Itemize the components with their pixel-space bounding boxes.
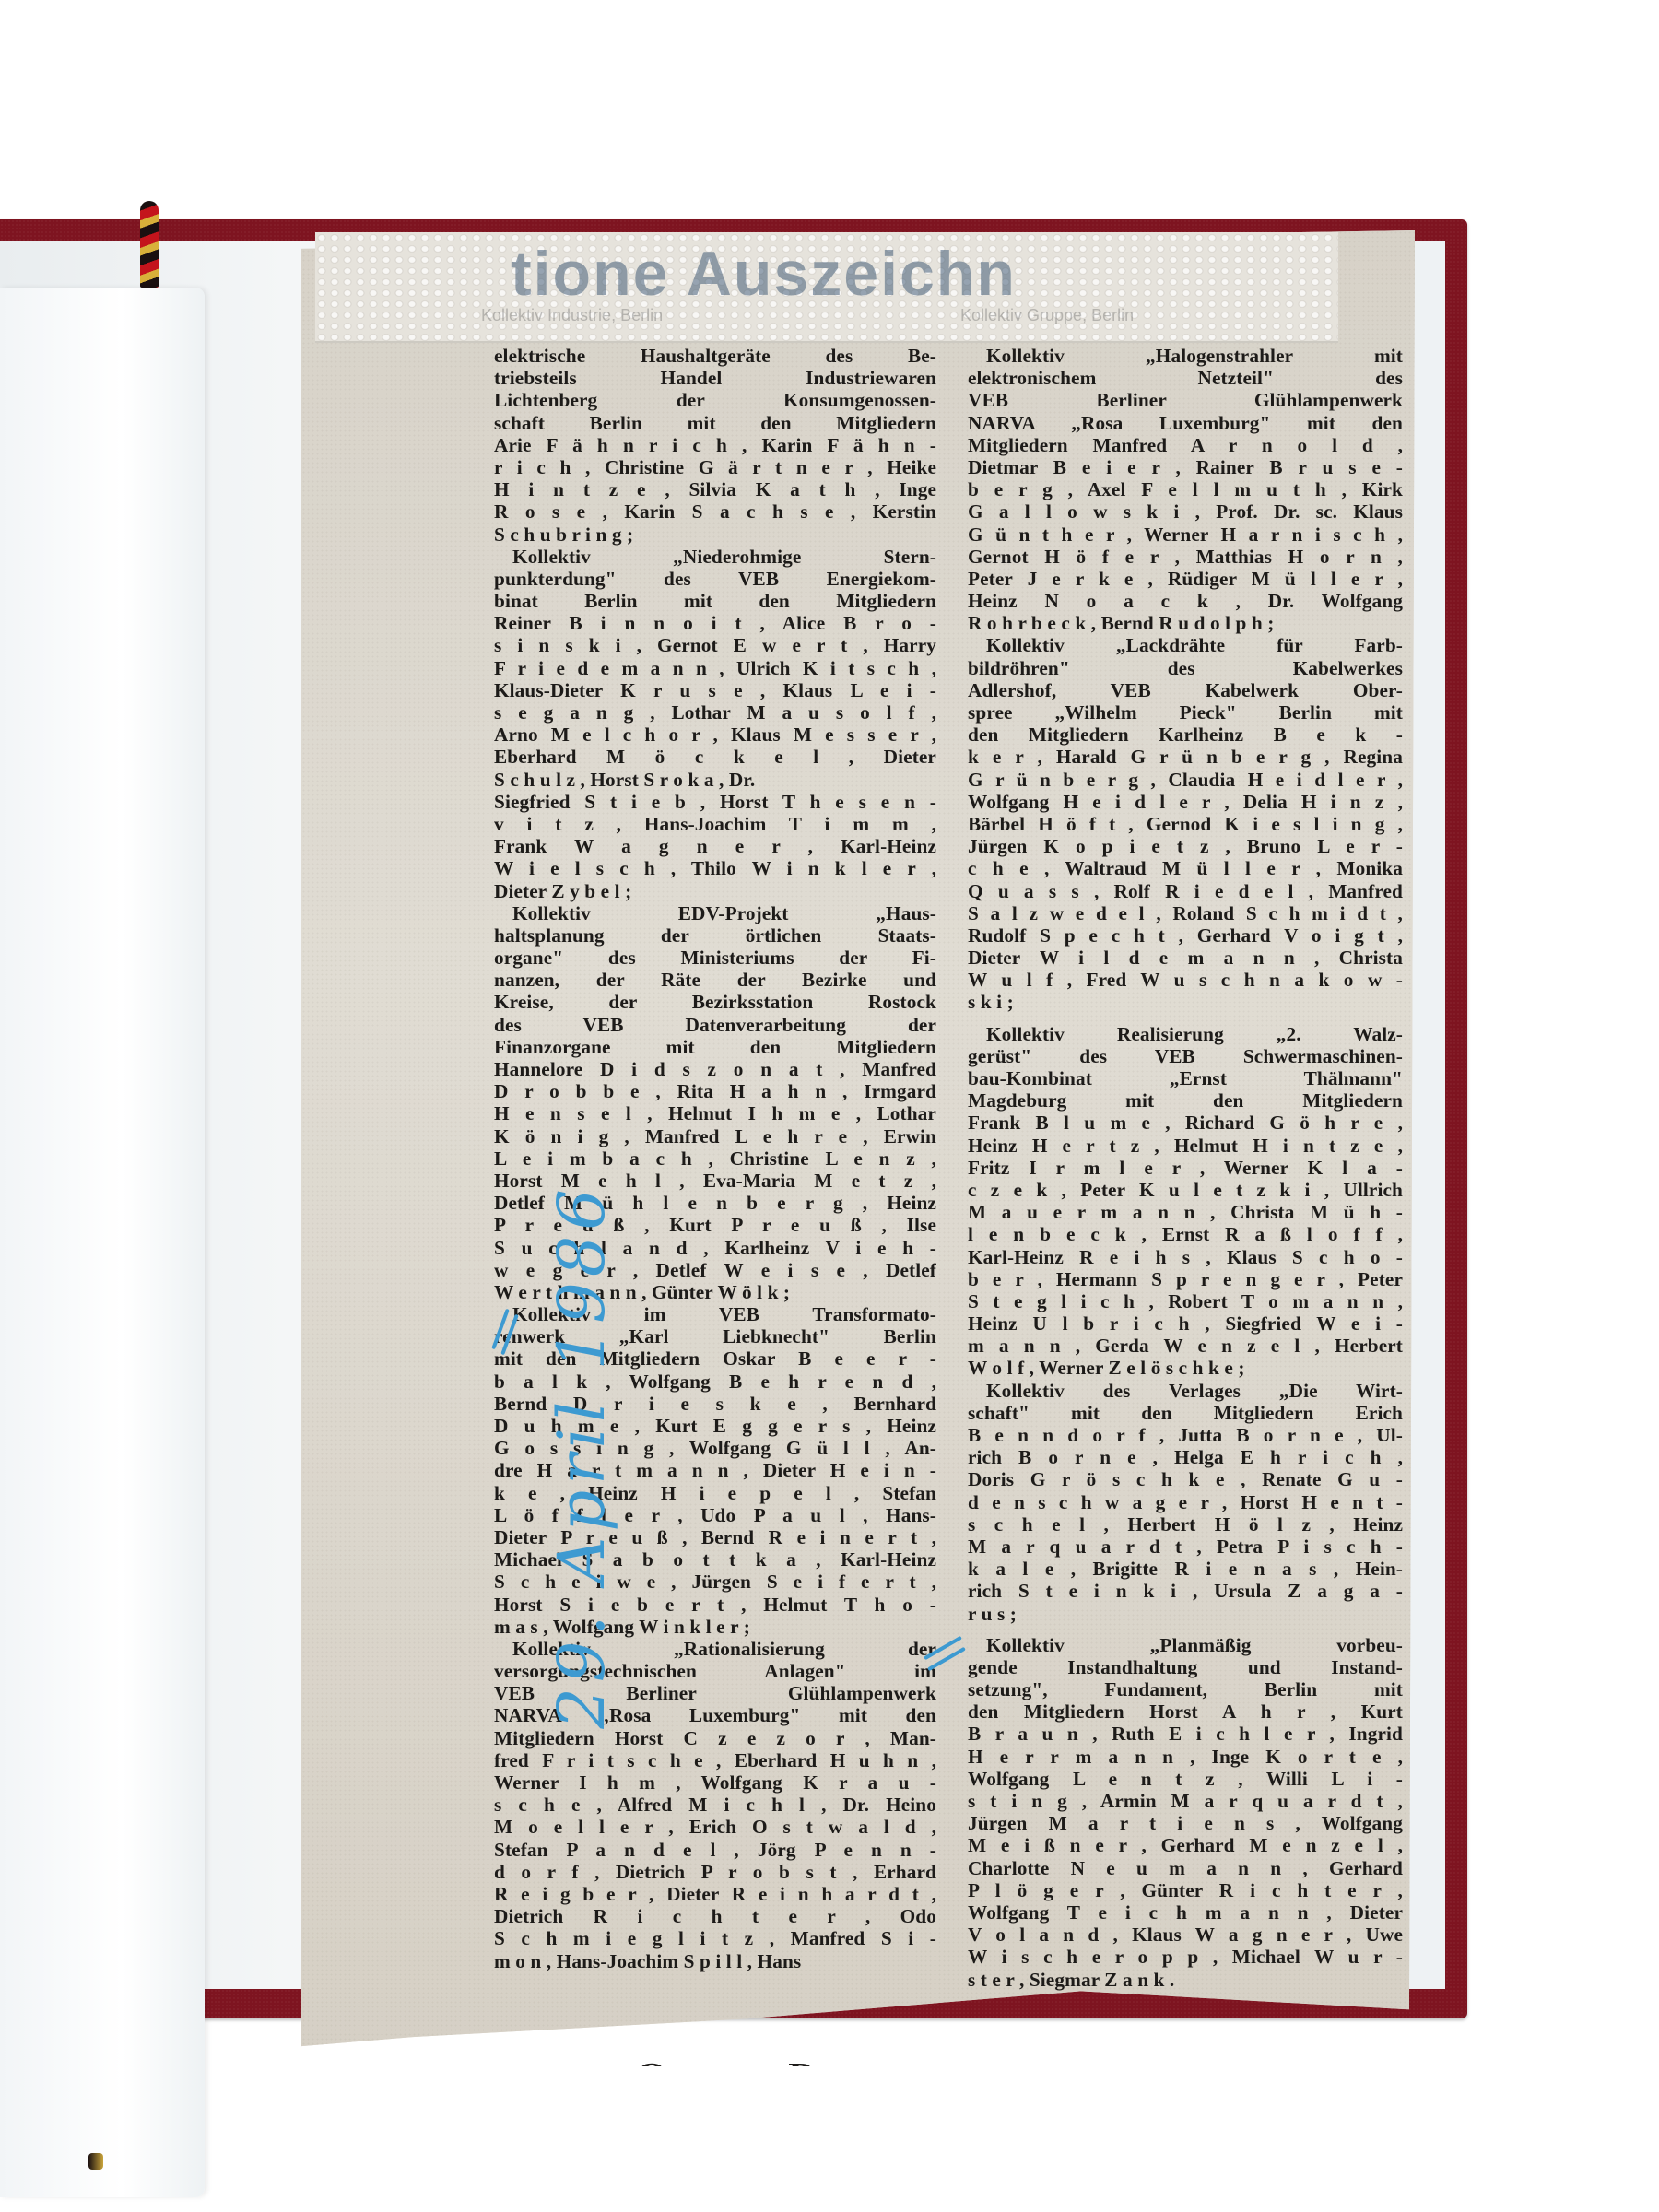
article-line: gende Instandhaltung und Instand- <box>968 1656 1403 1678</box>
ribbon-end <box>88 2153 103 2170</box>
article-line: setzung", Fundament, Berlin mit <box>968 1678 1403 1700</box>
folder-flap[interactable] <box>0 288 205 2197</box>
article-line: c h e , Waltraud M ü l l e r , Monika <box>968 857 1403 879</box>
article-line: S c h u b r i n g ; <box>494 524 936 546</box>
article-line: Dietmar B e i e r , Rainer B r u s e - <box>968 456 1403 478</box>
article-line: Jürgen K o p i e t z , Bruno L e r - <box>968 835 1403 857</box>
article-line: v i t z , Hans-Joachim T i m m , <box>494 813 936 835</box>
article-line: H e n s e l , Helmut I h m e , Lothar <box>494 1102 936 1124</box>
article-line: organe" des Ministeriums der Fi- <box>494 947 936 969</box>
article-line: Kreise, der Bezirksstation Rostock <box>494 991 936 1013</box>
article-line: Heinz H e r t z , Helmut H i n t z e , <box>968 1135 1403 1157</box>
article-line: Wolfgang L e n t z , Willi L i - <box>968 1768 1403 1790</box>
article-line: Heinz N o a c k , Dr. Wolfgang <box>968 590 1403 612</box>
article-line: S a l z w e d e l , Roland S c h m i d t… <box>968 902 1403 924</box>
article-line: Werner I h m , Wolfgang K r a u - <box>494 1771 936 1794</box>
article-line: den Mitgliedern Karlheinz B e k - <box>968 724 1403 746</box>
article-line: Charlotte N e u m a n n , Gerhard <box>968 1857 1403 1879</box>
article-line: Lichtenberg der Konsumgenossen- <box>494 389 936 411</box>
article-line: m o n , Hans-Joachim S p i l l , Hans <box>494 1950 936 1972</box>
article-line: H i n t z e , Silvia K a t h , Inge <box>494 478 936 500</box>
article-line: m a n n , Gerda W e n z e l , Herbert <box>968 1335 1403 1357</box>
article-line: Wolfgang H e i d l e r , Delia H i n z , <box>968 791 1403 813</box>
article-line: des VEB Datenverarbeitung der <box>494 1014 936 1036</box>
article-line: Wolfgang T e i c h m a n n , Dieter <box>968 1901 1403 1924</box>
article-line: Dietrich R i c h t e r , Odo <box>494 1905 936 1927</box>
adhesive-tape: tione Auszeichn Kollektiv Industrie, Ber… <box>315 232 1338 343</box>
article-line: G ü n t h e r , Werner H a r n i s c h , <box>968 524 1403 546</box>
article-line: Kollektiv „Planmäßig vorbeu- <box>968 1634 1403 1656</box>
article-line: M a r q u a r d t , Petra P i s c h - <box>968 1535 1403 1558</box>
article-line: M a u e r m a n n , Christa M ü h - <box>968 1201 1403 1223</box>
article-line: Kollektiv „Niederohmige Stern- <box>494 546 936 568</box>
article-line: Eberhard M ö c k e l , Dieter <box>494 746 936 768</box>
article-line: Kollektiv EDV-Projekt „Haus- <box>494 902 936 924</box>
article-line: haltsplanung der örtlichen Staats- <box>494 924 936 947</box>
article-line: S c h m i e g l i t z , Manfred S i - <box>494 1927 936 1949</box>
article-line: Rudolf S p e c h t , Gerhard V o i g t , <box>968 924 1403 947</box>
article-line: Dieter Z y b e l ; <box>494 880 936 902</box>
article-line: rich B o r n e , Helga E h r i c h , <box>968 1446 1403 1468</box>
article-line: Arie F ä h n r i c h , Karin F ä h n - <box>494 434 936 456</box>
headline-fragment: tione Auszeichn <box>511 238 1017 310</box>
article-line: Q u a s s , Rolf R i e d e l , Manfred <box>968 880 1403 902</box>
article-line: W i s c h e r o p p , Michael W u r - <box>968 1946 1403 1968</box>
article-line: Kollektiv „Lackdrähte für Farb- <box>968 634 1403 656</box>
article-line: schaft" mit den Mitgliedern Erich <box>968 1402 1403 1424</box>
article-line: Kollektiv „Halogenstrahler mit <box>968 345 1403 367</box>
handwritten-date: 29. April 1986 <box>544 1180 636 1733</box>
article-line: den Mitgliedern Horst A h r , Kurt <box>968 1700 1403 1723</box>
paragraph-gap <box>968 1014 1403 1023</box>
article-line: s t e r , Siegmar Z a n k . <box>968 1969 1403 1991</box>
article-line: Bärbel H ö f t , Gernod K i e s l i n g … <box>968 813 1403 835</box>
article-line: s t i n g , Armin M a r q u a r d t , <box>968 1790 1403 1812</box>
article-line: c z e k , Peter K u l e t z k i , Ullric… <box>968 1179 1403 1201</box>
article-line: VEB Berliner Glühlampenwerk <box>968 389 1403 411</box>
article-line: D r o b b e , Rita H a h n , Irmgard <box>494 1080 936 1102</box>
article-line: Reiner B i n n o i t , Alice B r o - <box>494 612 936 634</box>
article-line: Frank B l u m e , Richard G ö h r e , <box>968 1112 1403 1134</box>
article-line: triebsteils Handel Industriewaren <box>494 367 936 389</box>
paragraph-gap <box>968 1625 1403 1634</box>
article-line: S t e g l i c h , Robert T o m a n n , <box>968 1290 1403 1312</box>
article-line: elektronischem Netzteil" des <box>968 367 1403 389</box>
article-line: k a l e , Brigitte R i e n a s , Hein- <box>968 1558 1403 1580</box>
article-line: s k i ; <box>968 991 1403 1013</box>
article-line: Stefan P a n d e l , Jörg P e n n - <box>494 1839 936 1861</box>
article-line: W u l f , Fred W u s c h n a k o w - <box>968 969 1403 991</box>
article-line: schaft Berlin mit den Mitgliedern <box>494 412 936 434</box>
article-line: R e i g b e r , Dieter R e i n h a r d t… <box>494 1883 936 1905</box>
article-line: Dieter W i l d e m a n n , Christa <box>968 947 1403 969</box>
article-column-right: Kollektiv „Halogenstrahler mitelektronis… <box>968 345 1403 1991</box>
article-line: b e r g , Axel F e l l m u t h , Kirk <box>968 478 1403 500</box>
article-line: binat Berlin mit den Mitgliedern <box>494 590 936 612</box>
article-line: bau-Kombinat „Ernst Thälmann" <box>968 1067 1403 1089</box>
article-line: P l ö g e r , Günter R i c h t e r , <box>968 1879 1403 1901</box>
article-line: fred F r i t s c h e , Eberhard H u h n … <box>494 1749 936 1771</box>
article-line: rich S t e i n k i , Ursula Z a g a - <box>968 1580 1403 1602</box>
article-line: bildröhren" des Kabelwerkes <box>968 657 1403 679</box>
article-line: Kollektiv des Verlages „Die Wirt- <box>968 1380 1403 1402</box>
article-line: G a l l o w s k i , Prof. Dr. sc. Klaus <box>968 500 1403 523</box>
article-line: V o l a n d , Klaus W a g n e r , Uwe <box>968 1924 1403 1946</box>
article-line: punkterdung" des VEB Energiekom- <box>494 568 936 590</box>
article-line: B e n n d o r f , Jutta B o r n e , Ul- <box>968 1424 1403 1446</box>
article-line: s c h e , Alfred M i c h l , Dr. Heino <box>494 1794 936 1816</box>
article-line: Finanzorgane mit den Mitgliedern <box>494 1036 936 1058</box>
footer-headline-fragment: O P <box>636 2053 868 2066</box>
article-line: r u s ; <box>968 1603 1403 1625</box>
article-line: s e g a n g , Lothar M a u s o l f , <box>494 701 936 724</box>
article-line: spree „Wilhelm Pieck" Berlin mit <box>968 701 1403 724</box>
article-line: Frank W a g n e r , Karl-Heinz <box>494 835 936 857</box>
article-line: NARVA „Rosa Luxemburg" mit den <box>968 412 1403 434</box>
article-line: W i e l s c h , Thilo W i n k l e r , <box>494 857 936 879</box>
article-line: Fritz I r m l e r , Werner K l a - <box>968 1157 1403 1179</box>
article-line: s c h e l , Herbert H ö l z , Heinz <box>968 1513 1403 1535</box>
article-line: Peter J e r k e , Rüdiger M ü l l e r , <box>968 568 1403 590</box>
article-line: Karl-Heinz R e i h s , Klaus S c h o - <box>968 1246 1403 1268</box>
subhead-right: Kollektiv Gruppe, Berlin <box>960 306 1134 325</box>
article-line: M e i ß n e r , Gerhard M e n z e l , <box>968 1834 1403 1856</box>
article-line: F r i e d e m a n n , Ulrich K i t s c h… <box>494 657 936 679</box>
article-line: d o r f , Dietrich P r o b s t , Erhard <box>494 1861 936 1883</box>
article-line: Kollektiv Realisierung „2. Walz- <box>968 1023 1403 1045</box>
article-line: L e i m b a c h , Christine L e n z , <box>494 1147 936 1170</box>
article-line: Magdeburg mit den Mitgliedern <box>968 1089 1403 1112</box>
article-line: Hannelore D i d s z o n a t , Manfred <box>494 1058 936 1080</box>
article-line: Doris G r ö s c h k e , Renate G u - <box>968 1468 1403 1490</box>
article-line: elektrische Haushaltgeräte des Be- <box>494 345 936 367</box>
article-line: Klaus-Dieter K r u s e , Klaus L e i - <box>494 679 936 701</box>
article-line: r i c h , Christine G ä r t n e r , Heik… <box>494 456 936 478</box>
article-line: Gernot H ö f e r , Matthias H o r n , <box>968 546 1403 568</box>
article-line: Siegfried S t i e b , Horst T h e s e n … <box>494 791 936 813</box>
article-line: R o s e , Karin S a c h s e , Kerstin <box>494 500 936 523</box>
subhead-left: Kollektiv Industrie, Berlin <box>481 306 663 325</box>
article-line: R o h r b e c k , Bernd R u d o l p h ; <box>968 612 1403 634</box>
article-line: W o l f , Werner Z e l ö s c h k e ; <box>968 1357 1403 1379</box>
article-line: B r a u n , Ruth E i c h l e r , Ingrid <box>968 1723 1403 1745</box>
article-line: d e n s c h w a g e r , Horst H e n t - <box>968 1491 1403 1513</box>
article-line: k e r , Harald G r ü n b e r g , Regina <box>968 746 1403 768</box>
article-line: S c h u l z , Horst S r o k a , Dr. <box>494 769 936 791</box>
article-line: nanzen, der Räte der Bezirke und <box>494 969 936 991</box>
article-line: Arno M e l c h o r , Klaus M e s s e r , <box>494 724 936 746</box>
article-line: H e r r m a n n , Inge K o r t e , <box>968 1746 1403 1768</box>
article-line: G r ü n b e r g , Claudia H e i d l e r … <box>968 769 1403 791</box>
article-line: s i n s k i , Gernot E w e r t , Harry <box>494 634 936 656</box>
article-line: Mitgliedern Manfred A r n o l d , <box>968 434 1403 456</box>
article-line: l e n b e c k , Ernst R a ß l o f f , <box>968 1223 1403 1245</box>
article-line: gerüst" des VEB Schwermaschinen- <box>968 1045 1403 1067</box>
article-line: M o e l l e r , Erich O s t w a l d , <box>494 1816 936 1838</box>
article-line: Jürgen M a r t i e n s , Wolfgang <box>968 1812 1403 1834</box>
article-line: Adlershof, VEB Kabelwerk Ober- <box>968 679 1403 701</box>
article-line: Heinz U l b r i c h , Siegfried W e i - <box>968 1312 1403 1335</box>
article-line: b e r , Hermann S p r e n g e r , Peter <box>968 1268 1403 1290</box>
bookmark-ribbon[interactable] <box>140 201 159 288</box>
article-line: K ö n i g , Manfred L e h r e , Erwin <box>494 1125 936 1147</box>
